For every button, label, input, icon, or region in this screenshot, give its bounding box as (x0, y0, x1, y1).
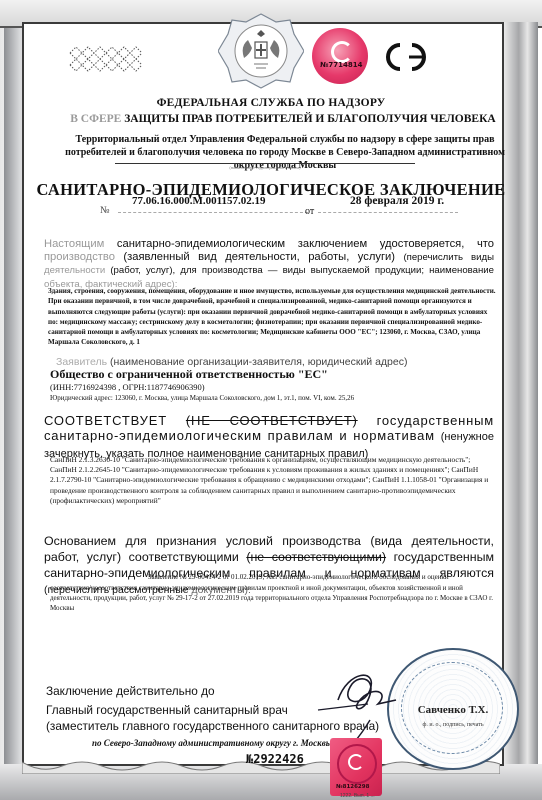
number-underline (118, 212, 308, 213)
hologram-number: №7714814 (320, 61, 363, 69)
official-stamp: Савченко Т.Х. ф. и. о., подпись, печать (387, 648, 519, 770)
hologram-seal-top: №7714814 (312, 28, 368, 84)
cert-lead: Настоящим (44, 238, 104, 250)
applicant-legal-address: Юридический адрес: 123060, г. Москва, ул… (50, 394, 354, 402)
form-serial-number: №2922426 (246, 752, 304, 766)
coat-of-arms-emblem-icon (218, 12, 304, 90)
hologram-c-icon (331, 41, 353, 63)
agency-name-line2: В СФЕРЕ ЗАЩИТЫ ПРАВ ПОТРЕБИТЕЛЕЙ И БЛАГО… (48, 113, 518, 125)
number-label: № (100, 205, 110, 216)
chief-sanitary-doctor: Главный государственный санитарный врач (46, 703, 288, 717)
date-underline (318, 212, 458, 213)
basis-struck: (не соответствующими) (246, 550, 386, 564)
cert-production: производство (44, 251, 115, 263)
document-title: САНИТАРНО-ЭПИДЕМИОЛОГИЧЕСКОЕ ЗАКЛЮЧЕНИЕ (0, 180, 542, 200)
se-logo-icon (378, 40, 434, 74)
document-number: 77.06.16.000.М.001157.02.19 (132, 195, 266, 207)
cert-hint-rest: (работ, услуг), для производства — виды … (105, 265, 494, 276)
guilloche-pattern-icon (68, 45, 148, 75)
cert-hint-faded: деятельности (44, 265, 105, 276)
objects-description: Здания, строения, сооружения, помещения,… (48, 286, 498, 348)
cert-hint: (перечислить виды (403, 252, 494, 263)
hologram-c-icon (348, 754, 364, 770)
basis-documents: соответствия/несоответствия санитарно-эп… (50, 583, 498, 613)
applicant-ids: (ИНН:7716924398 , ОГРН:1187746906390) (50, 382, 205, 392)
conforms-text: СООТВЕТСТВУЕТ (44, 413, 186, 428)
hologram-bottom-number: №8126298 (336, 784, 369, 790)
cert-text: санитарно-эпидемиологическим заключением… (104, 238, 494, 250)
valid-until: Заключение действительно до (46, 684, 215, 698)
applicant-name: Общество с ограниченной ответственностью… (50, 367, 328, 382)
hologram-seal-bottom: №8126298 (330, 738, 382, 796)
print-code: 1222. Вып. 1 ... (340, 793, 375, 799)
not-conforms-struck: (НЕ СООТВЕТСТВУЕТ) (186, 413, 358, 428)
district-caption: по Северо-Западному административному ок… (92, 738, 332, 748)
agency-name-text: ЗАЩИТЫ ПРАВ ПОТРЕБИТЕЛЕЙ И БЛАГОПОЛУЧИЯ … (124, 113, 496, 125)
cert-production-text: (заявленный вид деятельности, работы, ус… (115, 251, 403, 263)
stamp-signatory-name: Савченко Т.Х. (389, 704, 517, 716)
underline-caption: (наименование территориального органа) (115, 163, 415, 170)
date-label: от (305, 206, 314, 217)
certification-paragraph: Настоящим санитарно-эпидемиологическим з… (44, 238, 494, 291)
sanitary-rules-list: СанПиН 2.1.3.2630-10 "Санитарно-эпидемио… (50, 455, 498, 506)
agency-name-line1: ФЕДЕРАЛЬНАЯ СЛУЖБА ПО НАДЗОРУ (0, 97, 542, 109)
agency-name-faded: В СФЕРЕ (70, 113, 124, 125)
stamp-caption: ф. и. о., подпись, печать (389, 722, 517, 728)
basis-documents-line1: Заявление № 29-00414-2 от 01.02.2019; Ак… (148, 573, 449, 581)
document-date: 28 февраля 2019 г. (350, 195, 444, 207)
